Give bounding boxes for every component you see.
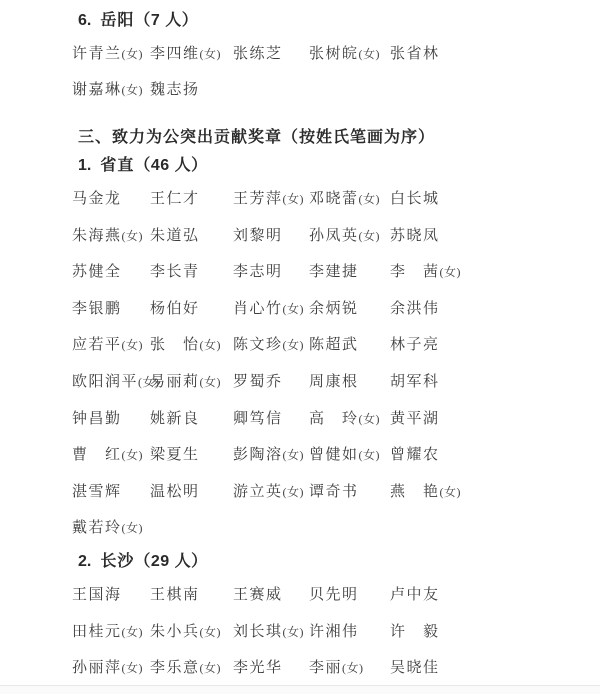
name-row: 孙丽萍(女)李乐意(女)李光华李丽(女)吴晓佳 bbox=[72, 648, 600, 685]
person-name: 胡军科 bbox=[390, 374, 440, 390]
name-row: 欧阳润平(女)易丽莉(女)罗蜀乔周康根胡军科 bbox=[72, 362, 600, 399]
female-marker: (女) bbox=[359, 229, 381, 243]
name-cell: 李丽(女) bbox=[309, 656, 390, 677]
name-cell: 游立英(女) bbox=[233, 480, 309, 501]
female-marker: (女) bbox=[122, 83, 144, 97]
name-cell: 曾耀农 bbox=[390, 443, 600, 464]
female-marker: (女) bbox=[342, 661, 364, 675]
name-cell: 罗蜀乔 bbox=[233, 370, 309, 391]
person-name: 梁夏生 bbox=[150, 447, 200, 463]
person-name: 许青兰 bbox=[72, 46, 122, 62]
person-name: 张练芝 bbox=[233, 46, 283, 62]
name-cell: 戴若玲(女) bbox=[72, 516, 150, 537]
name-cell: 田桂元(女) bbox=[72, 620, 150, 641]
name-cell: 彭陶溶(女) bbox=[233, 443, 309, 464]
name-cell: 周康根 bbox=[309, 370, 390, 391]
person-name: 李长青 bbox=[150, 264, 200, 280]
person-name: 朱海燕 bbox=[72, 228, 122, 244]
name-cell: 谭奇书 bbox=[309, 480, 390, 501]
name-cell: 杨伯好 bbox=[150, 297, 233, 318]
female-marker: (女) bbox=[283, 448, 305, 462]
city-heading: 6.岳阳（7 人） bbox=[78, 8, 600, 34]
person-name: 曹 红 bbox=[72, 447, 122, 463]
name-cell: 湛雪辉 bbox=[72, 480, 150, 501]
name-row: 戴若玲(女) bbox=[72, 509, 600, 546]
name-cell: 李志明 bbox=[233, 260, 309, 281]
name-row: 马金龙王仁才王芳萍(女)邓晓蕾(女)白长城 bbox=[72, 179, 600, 216]
name-cell: 林子亮 bbox=[390, 333, 600, 354]
name-row: 田桂元(女)朱小兵(女)刘长琪(女)许湘伟许 毅 bbox=[72, 612, 600, 649]
name-cell: 谢嘉琳(女) bbox=[72, 78, 150, 99]
person-name: 林子亮 bbox=[390, 337, 440, 353]
female-marker: (女) bbox=[200, 661, 222, 675]
person-name: 王芳萍 bbox=[233, 191, 283, 207]
female-marker: (女) bbox=[122, 448, 144, 462]
name-cell: 王赛威 bbox=[233, 583, 309, 604]
name-cell: 许 毅 bbox=[390, 620, 600, 641]
name-cell: 朱道弘 bbox=[150, 224, 233, 245]
person-name: 曾健如 bbox=[309, 447, 359, 463]
name-cell: 李银鹏 bbox=[72, 297, 150, 318]
female-marker: (女) bbox=[283, 625, 305, 639]
city-number: 2. bbox=[78, 553, 91, 570]
person-name: 李建捷 bbox=[309, 264, 359, 280]
city-count: （46 人） bbox=[134, 157, 207, 174]
person-name: 孙丽萍 bbox=[72, 660, 122, 676]
female-marker: (女) bbox=[200, 47, 222, 61]
name-row: 苏健全李长青李志明李建捷李 茜(女) bbox=[72, 252, 600, 289]
name-cell: 孙丽萍(女) bbox=[72, 656, 150, 677]
person-name: 王棋南 bbox=[150, 587, 200, 603]
name-cell: 吴晓佳 bbox=[390, 656, 600, 677]
person-name: 罗蜀乔 bbox=[233, 374, 283, 390]
female-marker: (女) bbox=[200, 625, 222, 639]
name-cell: 朱海燕(女) bbox=[72, 224, 150, 245]
name-cell: 张 怡(女) bbox=[150, 333, 233, 354]
name-cell: 李四维(女) bbox=[150, 42, 233, 63]
name-cell: 梁夏生 bbox=[150, 443, 233, 464]
name-row: 应若平(女)张 怡(女)陈文珍(女)陈超武林子亮 bbox=[72, 326, 600, 363]
female-marker: (女) bbox=[359, 448, 381, 462]
name-cell: 陈超武 bbox=[309, 333, 390, 354]
name-cell: 欧阳润平(女) bbox=[72, 370, 150, 391]
female-marker: (女) bbox=[122, 338, 144, 352]
name-cell: 肖心竹(女) bbox=[233, 297, 309, 318]
name-cell: 姚新良 bbox=[150, 407, 233, 428]
person-name: 白长城 bbox=[390, 191, 440, 207]
name-cell: 张省林 bbox=[390, 42, 600, 63]
name-cell: 马金龙 bbox=[72, 187, 150, 208]
person-name: 王国海 bbox=[72, 587, 122, 603]
person-name: 姚新良 bbox=[150, 411, 200, 427]
female-marker: (女) bbox=[283, 485, 305, 499]
person-name: 许 毅 bbox=[390, 624, 440, 640]
name-cell: 邓晓蕾(女) bbox=[309, 187, 390, 208]
name-cell: 胡军科 bbox=[390, 370, 600, 391]
person-name: 戴若玲 bbox=[72, 520, 122, 536]
person-name: 朱小兵 bbox=[150, 624, 200, 640]
person-name: 肖心竹 bbox=[233, 301, 283, 317]
name-cell: 张练芝 bbox=[233, 42, 309, 63]
name-cell: 易丽莉(女) bbox=[150, 370, 233, 391]
person-name: 谭奇书 bbox=[309, 484, 359, 500]
person-name: 温松明 bbox=[150, 484, 200, 500]
person-name: 王仁才 bbox=[150, 191, 200, 207]
person-name: 易丽莉 bbox=[150, 374, 200, 390]
person-name: 李丽 bbox=[309, 660, 342, 676]
person-name: 王赛威 bbox=[233, 587, 283, 603]
female-marker: (女) bbox=[440, 265, 462, 279]
name-cell: 朱小兵(女) bbox=[150, 620, 233, 641]
chapter-heading: 三、致力为公突出贡献奖章（按姓氏笔画为序） bbox=[78, 125, 600, 151]
person-name: 余炳锐 bbox=[309, 301, 359, 317]
person-name: 杨伯好 bbox=[150, 301, 200, 317]
name-cell: 刘长琪(女) bbox=[233, 620, 309, 641]
name-cell: 曾健如(女) bbox=[309, 443, 390, 464]
name-cell: 王芳萍(女) bbox=[233, 187, 309, 208]
name-cell: 刘黎明 bbox=[233, 224, 309, 245]
person-name: 张树皖 bbox=[309, 46, 359, 62]
name-row: 王国海王棋南王赛威贝先明卢中友 bbox=[72, 575, 600, 612]
name-cell: 李 茜(女) bbox=[390, 260, 600, 281]
person-name: 卿笃信 bbox=[233, 411, 283, 427]
person-name: 李四维 bbox=[150, 46, 200, 62]
person-name: 彭陶溶 bbox=[233, 447, 283, 463]
person-name: 卢中友 bbox=[390, 587, 440, 603]
person-name: 李志明 bbox=[233, 264, 283, 280]
name-cell: 苏健全 bbox=[72, 260, 150, 281]
city-heading: 1.省直（46 人） bbox=[78, 153, 600, 179]
female-marker: (女) bbox=[283, 338, 305, 352]
person-name: 田桂元 bbox=[72, 624, 122, 640]
city-number: 6. bbox=[78, 12, 91, 29]
person-name: 李光华 bbox=[233, 660, 283, 676]
name-cell: 余炳锐 bbox=[309, 297, 390, 318]
city-name: 长沙 bbox=[100, 553, 134, 570]
person-name: 刘黎明 bbox=[233, 228, 283, 244]
person-name: 李乐意 bbox=[150, 660, 200, 676]
name-cell: 李长青 bbox=[150, 260, 233, 281]
name-row: 钟昌勤姚新良卿笃信高 玲(女)黄平湖 bbox=[72, 399, 600, 436]
female-marker: (女) bbox=[122, 47, 144, 61]
name-cell: 应若平(女) bbox=[72, 333, 150, 354]
name-cell: 燕 艳(女) bbox=[390, 480, 600, 501]
person-name: 朱道弘 bbox=[150, 228, 200, 244]
name-cell: 李乐意(女) bbox=[150, 656, 233, 677]
name-row: 湛雪辉温松明游立英(女)谭奇书燕 艳(女) bbox=[72, 472, 600, 509]
name-cell: 温松明 bbox=[150, 480, 233, 501]
name-cell: 苏晓凤 bbox=[390, 224, 600, 245]
name-cell: 许湘伟 bbox=[309, 620, 390, 641]
person-name: 燕 艳 bbox=[390, 484, 440, 500]
person-name: 李 茜 bbox=[390, 264, 440, 280]
female-marker: (女) bbox=[283, 192, 305, 206]
person-name: 苏健全 bbox=[72, 264, 122, 280]
person-name: 魏志扬 bbox=[150, 82, 200, 98]
female-marker: (女) bbox=[359, 192, 381, 206]
name-cell: 卢中友 bbox=[390, 583, 600, 604]
name-cell: 李光华 bbox=[233, 656, 309, 677]
person-name: 欧阳润平 bbox=[72, 374, 138, 390]
name-cell: 钟昌勤 bbox=[72, 407, 150, 428]
person-name: 曾耀农 bbox=[390, 447, 440, 463]
person-name: 贝先明 bbox=[309, 587, 359, 603]
person-name: 许湘伟 bbox=[309, 624, 359, 640]
person-name: 钟昌勤 bbox=[72, 411, 122, 427]
person-name: 刘长琪 bbox=[233, 624, 283, 640]
person-name: 余洪伟 bbox=[390, 301, 440, 317]
female-marker: (女) bbox=[122, 661, 144, 675]
person-name: 应若平 bbox=[72, 337, 122, 353]
name-cell: 王仁才 bbox=[150, 187, 233, 208]
city-name: 岳阳 bbox=[100, 12, 134, 29]
person-name: 张省林 bbox=[390, 46, 440, 62]
name-cell: 余洪伟 bbox=[390, 297, 600, 318]
name-cell: 贝先明 bbox=[309, 583, 390, 604]
name-cell: 魏志扬 bbox=[150, 78, 233, 99]
female-marker: (女) bbox=[200, 338, 222, 352]
female-marker: (女) bbox=[122, 229, 144, 243]
name-cell: 陈文珍(女) bbox=[233, 333, 309, 354]
person-name: 高 玲 bbox=[309, 411, 359, 427]
city-name: 省直 bbox=[100, 157, 134, 174]
person-name: 张 怡 bbox=[150, 337, 200, 353]
name-row: 朱海燕(女)朱道弘刘黎明孙凤英(女)苏晓凤 bbox=[72, 216, 600, 253]
person-name: 湛雪辉 bbox=[72, 484, 122, 500]
person-name: 邓晓蕾 bbox=[309, 191, 359, 207]
name-cell: 李建捷 bbox=[309, 260, 390, 281]
name-cell: 白长城 bbox=[390, 187, 600, 208]
person-name: 黄平湖 bbox=[390, 411, 440, 427]
city-number: 1. bbox=[78, 157, 91, 174]
person-name: 吴晓佳 bbox=[390, 660, 440, 676]
city-count: （29 人） bbox=[134, 553, 207, 570]
city-heading: 2.长沙（29 人） bbox=[78, 549, 600, 575]
person-name: 周康根 bbox=[309, 374, 359, 390]
name-cell: 王棋南 bbox=[150, 583, 233, 604]
person-name: 孙凤英 bbox=[309, 228, 359, 244]
female-marker: (女) bbox=[359, 47, 381, 61]
document-body: 6.岳阳（7 人）许青兰(女)李四维(女)张练芝张树皖(女)张省林谢嘉琳(女)魏… bbox=[0, 0, 600, 685]
person-name: 陈超武 bbox=[309, 337, 359, 353]
name-cell: 黄平湖 bbox=[390, 407, 600, 428]
name-row: 谢嘉琳(女)魏志扬 bbox=[72, 71, 600, 108]
name-cell: 许青兰(女) bbox=[72, 42, 150, 63]
female-marker: (女) bbox=[283, 302, 305, 316]
name-row: 许青兰(女)李四维(女)张练芝张树皖(女)张省林 bbox=[72, 34, 600, 71]
female-marker: (女) bbox=[122, 625, 144, 639]
name-cell: 孙凤英(女) bbox=[309, 224, 390, 245]
person-name: 马金龙 bbox=[72, 191, 122, 207]
person-name: 谢嘉琳 bbox=[72, 82, 122, 98]
name-row: 李银鹏杨伯好肖心竹(女)余炳锐余洪伟 bbox=[72, 289, 600, 326]
female-marker: (女) bbox=[359, 412, 381, 426]
name-cell: 高 玲(女) bbox=[309, 407, 390, 428]
person-name: 李银鹏 bbox=[72, 301, 122, 317]
name-row: 曹 红(女)梁夏生彭陶溶(女)曾健如(女)曾耀农 bbox=[72, 435, 600, 472]
person-name: 陈文珍 bbox=[233, 337, 283, 353]
female-marker: (女) bbox=[122, 521, 144, 535]
name-cell: 卿笃信 bbox=[233, 407, 309, 428]
person-name: 苏晓凤 bbox=[390, 228, 440, 244]
name-cell: 张树皖(女) bbox=[309, 42, 390, 63]
bottom-band bbox=[0, 686, 600, 694]
city-count: （7 人） bbox=[134, 12, 198, 29]
name-cell: 王国海 bbox=[72, 583, 150, 604]
name-cell: 曹 红(女) bbox=[72, 443, 150, 464]
female-marker: (女) bbox=[440, 485, 462, 499]
person-name: 游立英 bbox=[233, 484, 283, 500]
female-marker: (女) bbox=[200, 375, 222, 389]
